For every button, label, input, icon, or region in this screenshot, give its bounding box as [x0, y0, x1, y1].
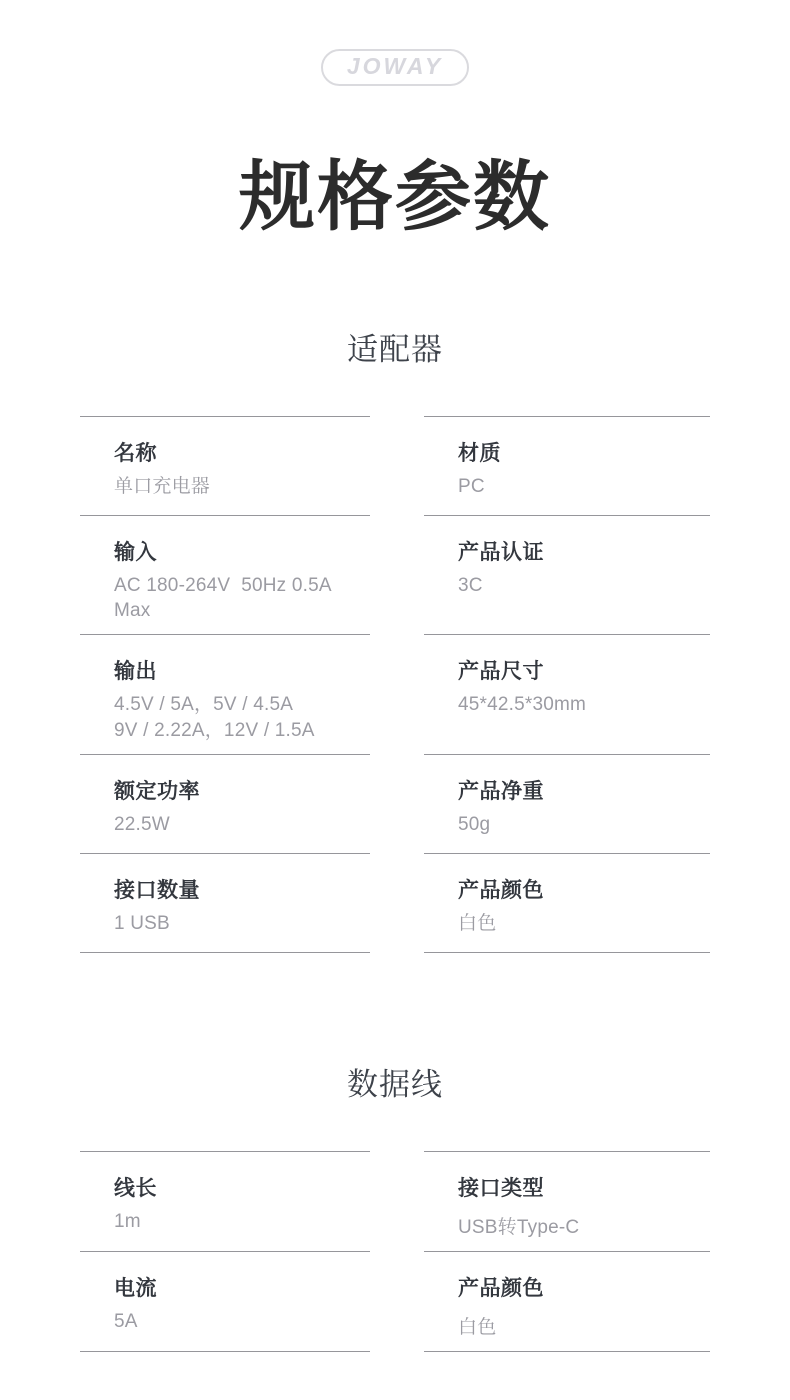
spec-label: 产品认证 — [458, 541, 710, 565]
spec-label: 产品净重 — [458, 780, 710, 804]
spec-value: 22.5W — [114, 813, 370, 838]
spec-cell-certification: 产品认证 3C — [424, 515, 710, 634]
spec-value: AC 180-264V 50Hz 0.5A Max — [114, 574, 370, 623]
spec-cell-rated-power: 额定功率 22.5W — [80, 754, 370, 853]
column-bottom-divider — [80, 952, 370, 953]
cable-spec-grid: 线长 1m 接口类型 USB转Type-C 电流 5A 产品颜色 白色 — [80, 1151, 710, 1352]
spec-value: USB转Type-C — [458, 1216, 710, 1241]
spec-label: 产品尺寸 — [458, 660, 710, 684]
spec-value: 50g — [458, 813, 710, 838]
spec-value: 3C — [458, 574, 710, 599]
spec-value: 5A — [114, 1310, 370, 1335]
spec-label: 额定功率 — [114, 780, 370, 804]
spec-cell-connector-type: 接口类型 USB转Type-C — [424, 1151, 710, 1251]
spec-cell-input: 输入 AC 180-264V 50Hz 0.5A Max — [80, 515, 370, 634]
spec-cell-product-color: 产品颜色 白色 — [424, 853, 710, 952]
spec-label: 名称 — [114, 442, 370, 466]
spec-value: 1m — [114, 1210, 370, 1235]
spec-cell-dimensions: 产品尺寸 45*42.5*30mm — [424, 634, 710, 755]
page-title: 规格参数 — [0, 158, 790, 238]
column-bottom-divider — [424, 952, 710, 953]
joway-brand-logo-text: JOWAY — [347, 53, 443, 79]
spec-label: 线长 — [114, 1177, 370, 1201]
spec-label: 输入 — [114, 541, 370, 565]
spec-value: 1 USB — [114, 912, 370, 937]
spec-cell-cable-length: 线长 1m — [80, 1151, 370, 1251]
section-cable-title: 数据线 — [0, 1059, 790, 1104]
spec-value: 45*42.5*30mm — [458, 693, 710, 718]
section-adapter-title: 适配器 — [0, 324, 790, 369]
spec-cell-output: 输出 4.5V / 5A，5V / 4.5A 9V / 2.22A，12V / … — [80, 634, 370, 755]
spec-cell-current: 电流 5A — [80, 1251, 370, 1351]
spec-cell-cable-color: 产品颜色 白色 — [424, 1251, 710, 1351]
spec-label: 接口数量 — [114, 879, 370, 903]
spec-label: 电流 — [114, 1277, 370, 1301]
spec-cell-name: 名称 单口充电器 — [80, 416, 370, 515]
spec-sheet-page: JOWAY 规格参数 适配器 名称 单口充电器 材质 PC 输入 AC 180-… — [0, 0, 790, 1400]
column-bottom-divider — [424, 1351, 710, 1352]
adapter-spec-grid: 名称 单口充电器 材质 PC 输入 AC 180-264V 50Hz 0.5A … — [80, 416, 710, 953]
spec-cell-net-weight: 产品净重 50g — [424, 754, 710, 853]
joway-brand-logo: JOWAY — [321, 49, 469, 86]
spec-cell-port-count: 接口数量 1 USB — [80, 853, 370, 952]
section-cable: 数据线 线长 1m 接口类型 USB转Type-C 电流 5A 产品颜色 白色 — [0, 1059, 790, 1352]
spec-label: 产品颜色 — [458, 1277, 710, 1301]
section-adapter: 适配器 名称 单口充电器 材质 PC 输入 AC 180-264V 50Hz 0… — [0, 324, 790, 953]
spec-label: 材质 — [458, 442, 710, 466]
spec-label: 接口类型 — [458, 1177, 710, 1201]
spec-value: 白色 — [458, 912, 710, 937]
spec-cell-material: 材质 PC — [424, 416, 710, 515]
column-bottom-divider — [80, 1351, 370, 1352]
spec-value-line2: 9V / 2.22A，12V / 1.5A — [114, 719, 370, 744]
spec-value: PC — [458, 475, 710, 500]
spec-value: 单口充电器 — [114, 475, 370, 500]
spec-label: 产品颜色 — [458, 879, 710, 903]
spec-label: 输出 — [114, 660, 370, 684]
spec-value: 白色 — [458, 1316, 710, 1341]
spec-value: 4.5V / 5A，5V / 4.5A — [114, 693, 370, 718]
